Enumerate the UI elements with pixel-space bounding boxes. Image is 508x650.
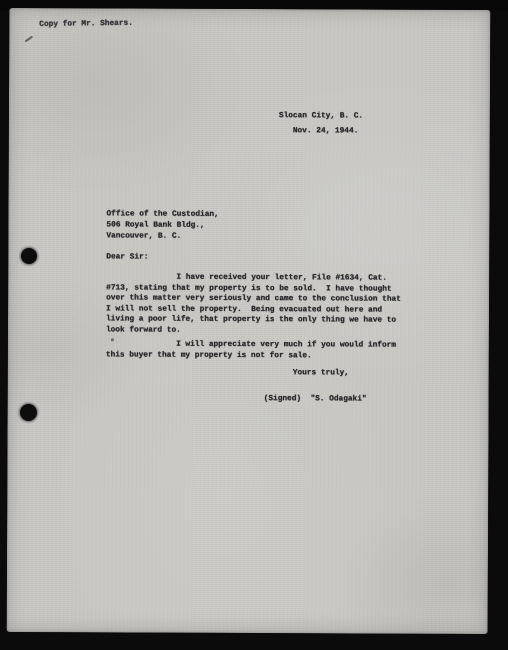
punch-hole-bottom xyxy=(20,404,37,421)
complimentary-closing: Yours truly, xyxy=(293,369,349,377)
stray-pen-mark xyxy=(25,36,33,42)
scanned-letter-page: Copy for Mr. Shears. Slocan City, B. C. … xyxy=(7,8,491,634)
body-paragraph-1: I have received your letter, File #1634,… xyxy=(106,272,401,336)
recipient-address: Office of the Custodian, 506 Royal Bank … xyxy=(106,209,218,243)
copy-annotation: Copy for Mr. Shears. xyxy=(39,20,133,29)
dateline-city: Slocan City, B. C. xyxy=(279,112,363,120)
signature-line: (Signed) "S. Odagaki" xyxy=(264,395,367,403)
dateline-date: Nov. 24, 1944. xyxy=(293,127,359,135)
punch-hole-top xyxy=(21,248,37,264)
body-paragraph-2: I will appreciate very much if you would… xyxy=(106,339,396,361)
salutation: Dear Sir: xyxy=(106,253,148,261)
